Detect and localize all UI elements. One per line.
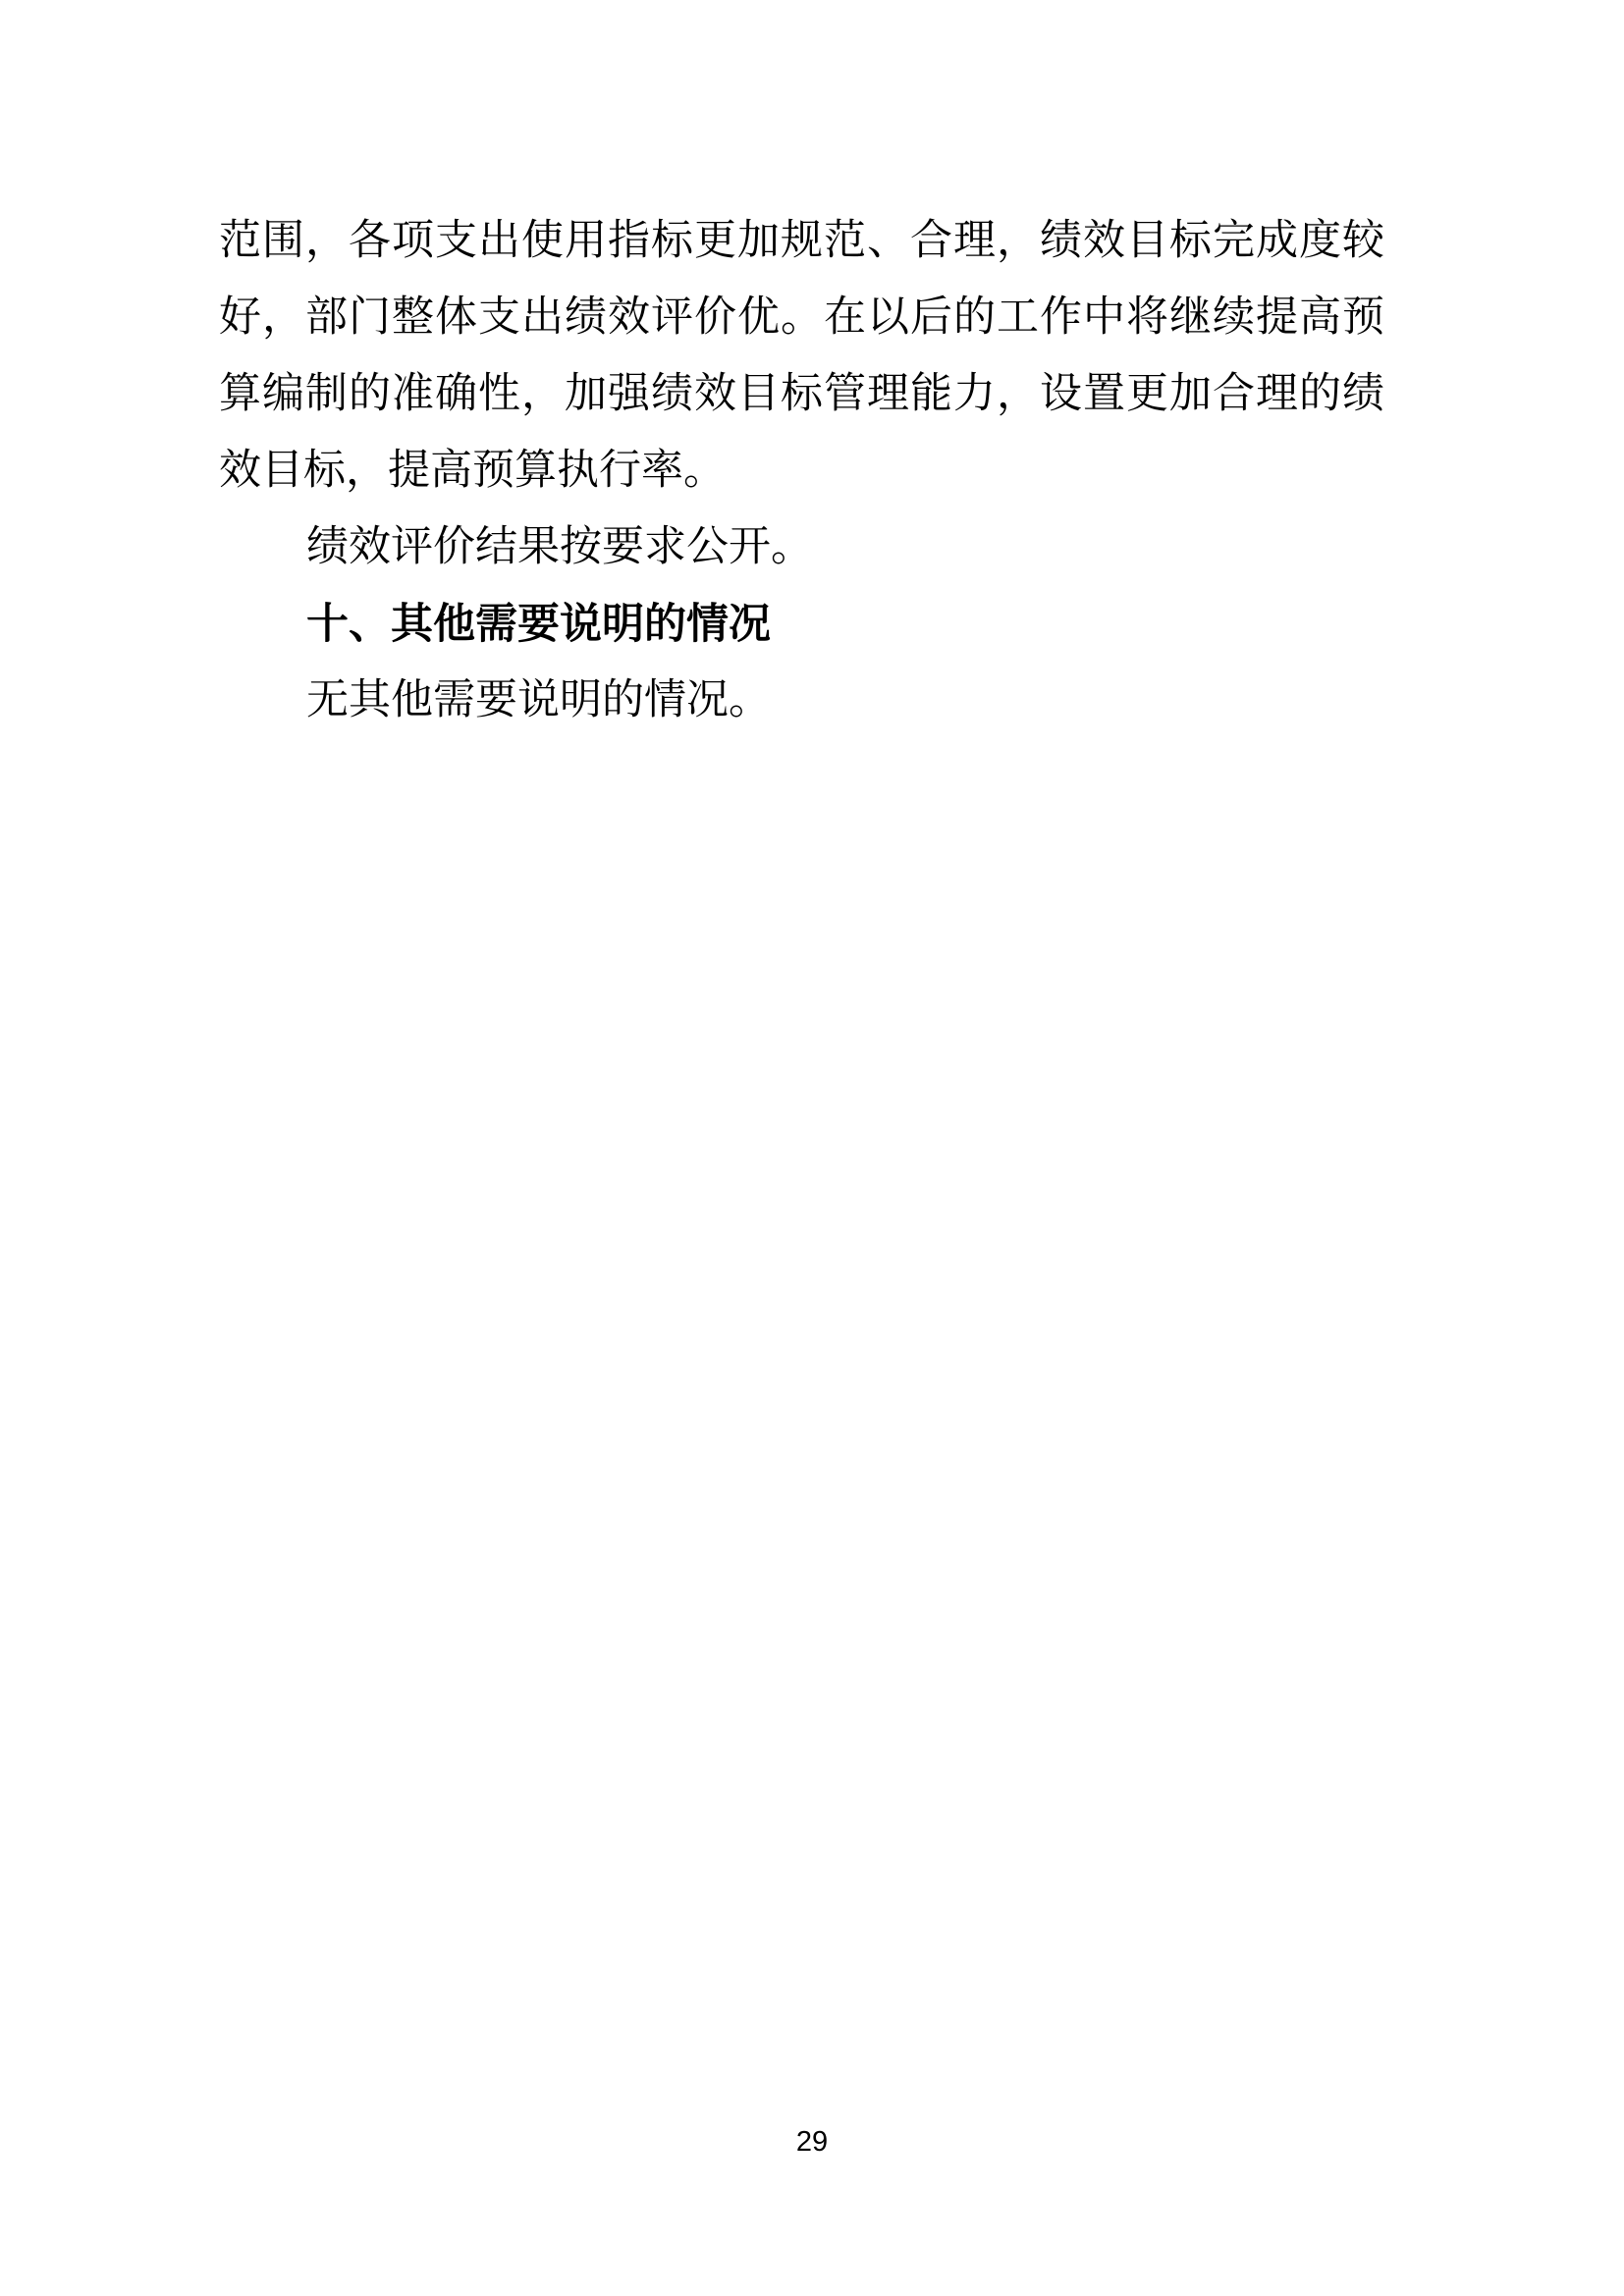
document-page: 范围，各项支出使用指标更加规范、合理，绩效目标完成度较 好，部门整体支出绩效评价… — [0, 0, 1624, 2296]
paragraph-1-line-1: 范围，各项支出使用指标更加规范、合理，绩效目标完成度较 — [219, 203, 1384, 280]
body-text: 范围，各项支出使用指标更加规范、合理，绩效目标完成度较 好，部门整体支出绩效评价… — [219, 203, 1384, 739]
page-number: 29 — [0, 2126, 1624, 2158]
paragraph-3: 无其他需要说明的情况。 — [219, 663, 1384, 739]
paragraph-1-line-3: 算编制的准确性，加强绩效目标管理能力，设置更加合理的绩 — [219, 356, 1384, 433]
paragraph-1-line-4: 效目标，提高预算执行率。 — [219, 433, 1384, 509]
section-heading: 十、其他需要说明的情况 — [219, 586, 1384, 663]
paragraph-2: 绩效评价结果按要求公开。 — [219, 509, 1384, 586]
paragraph-1-line-2: 好，部门整体支出绩效评价优。在以后的工作中将继续提高预 — [219, 280, 1384, 356]
